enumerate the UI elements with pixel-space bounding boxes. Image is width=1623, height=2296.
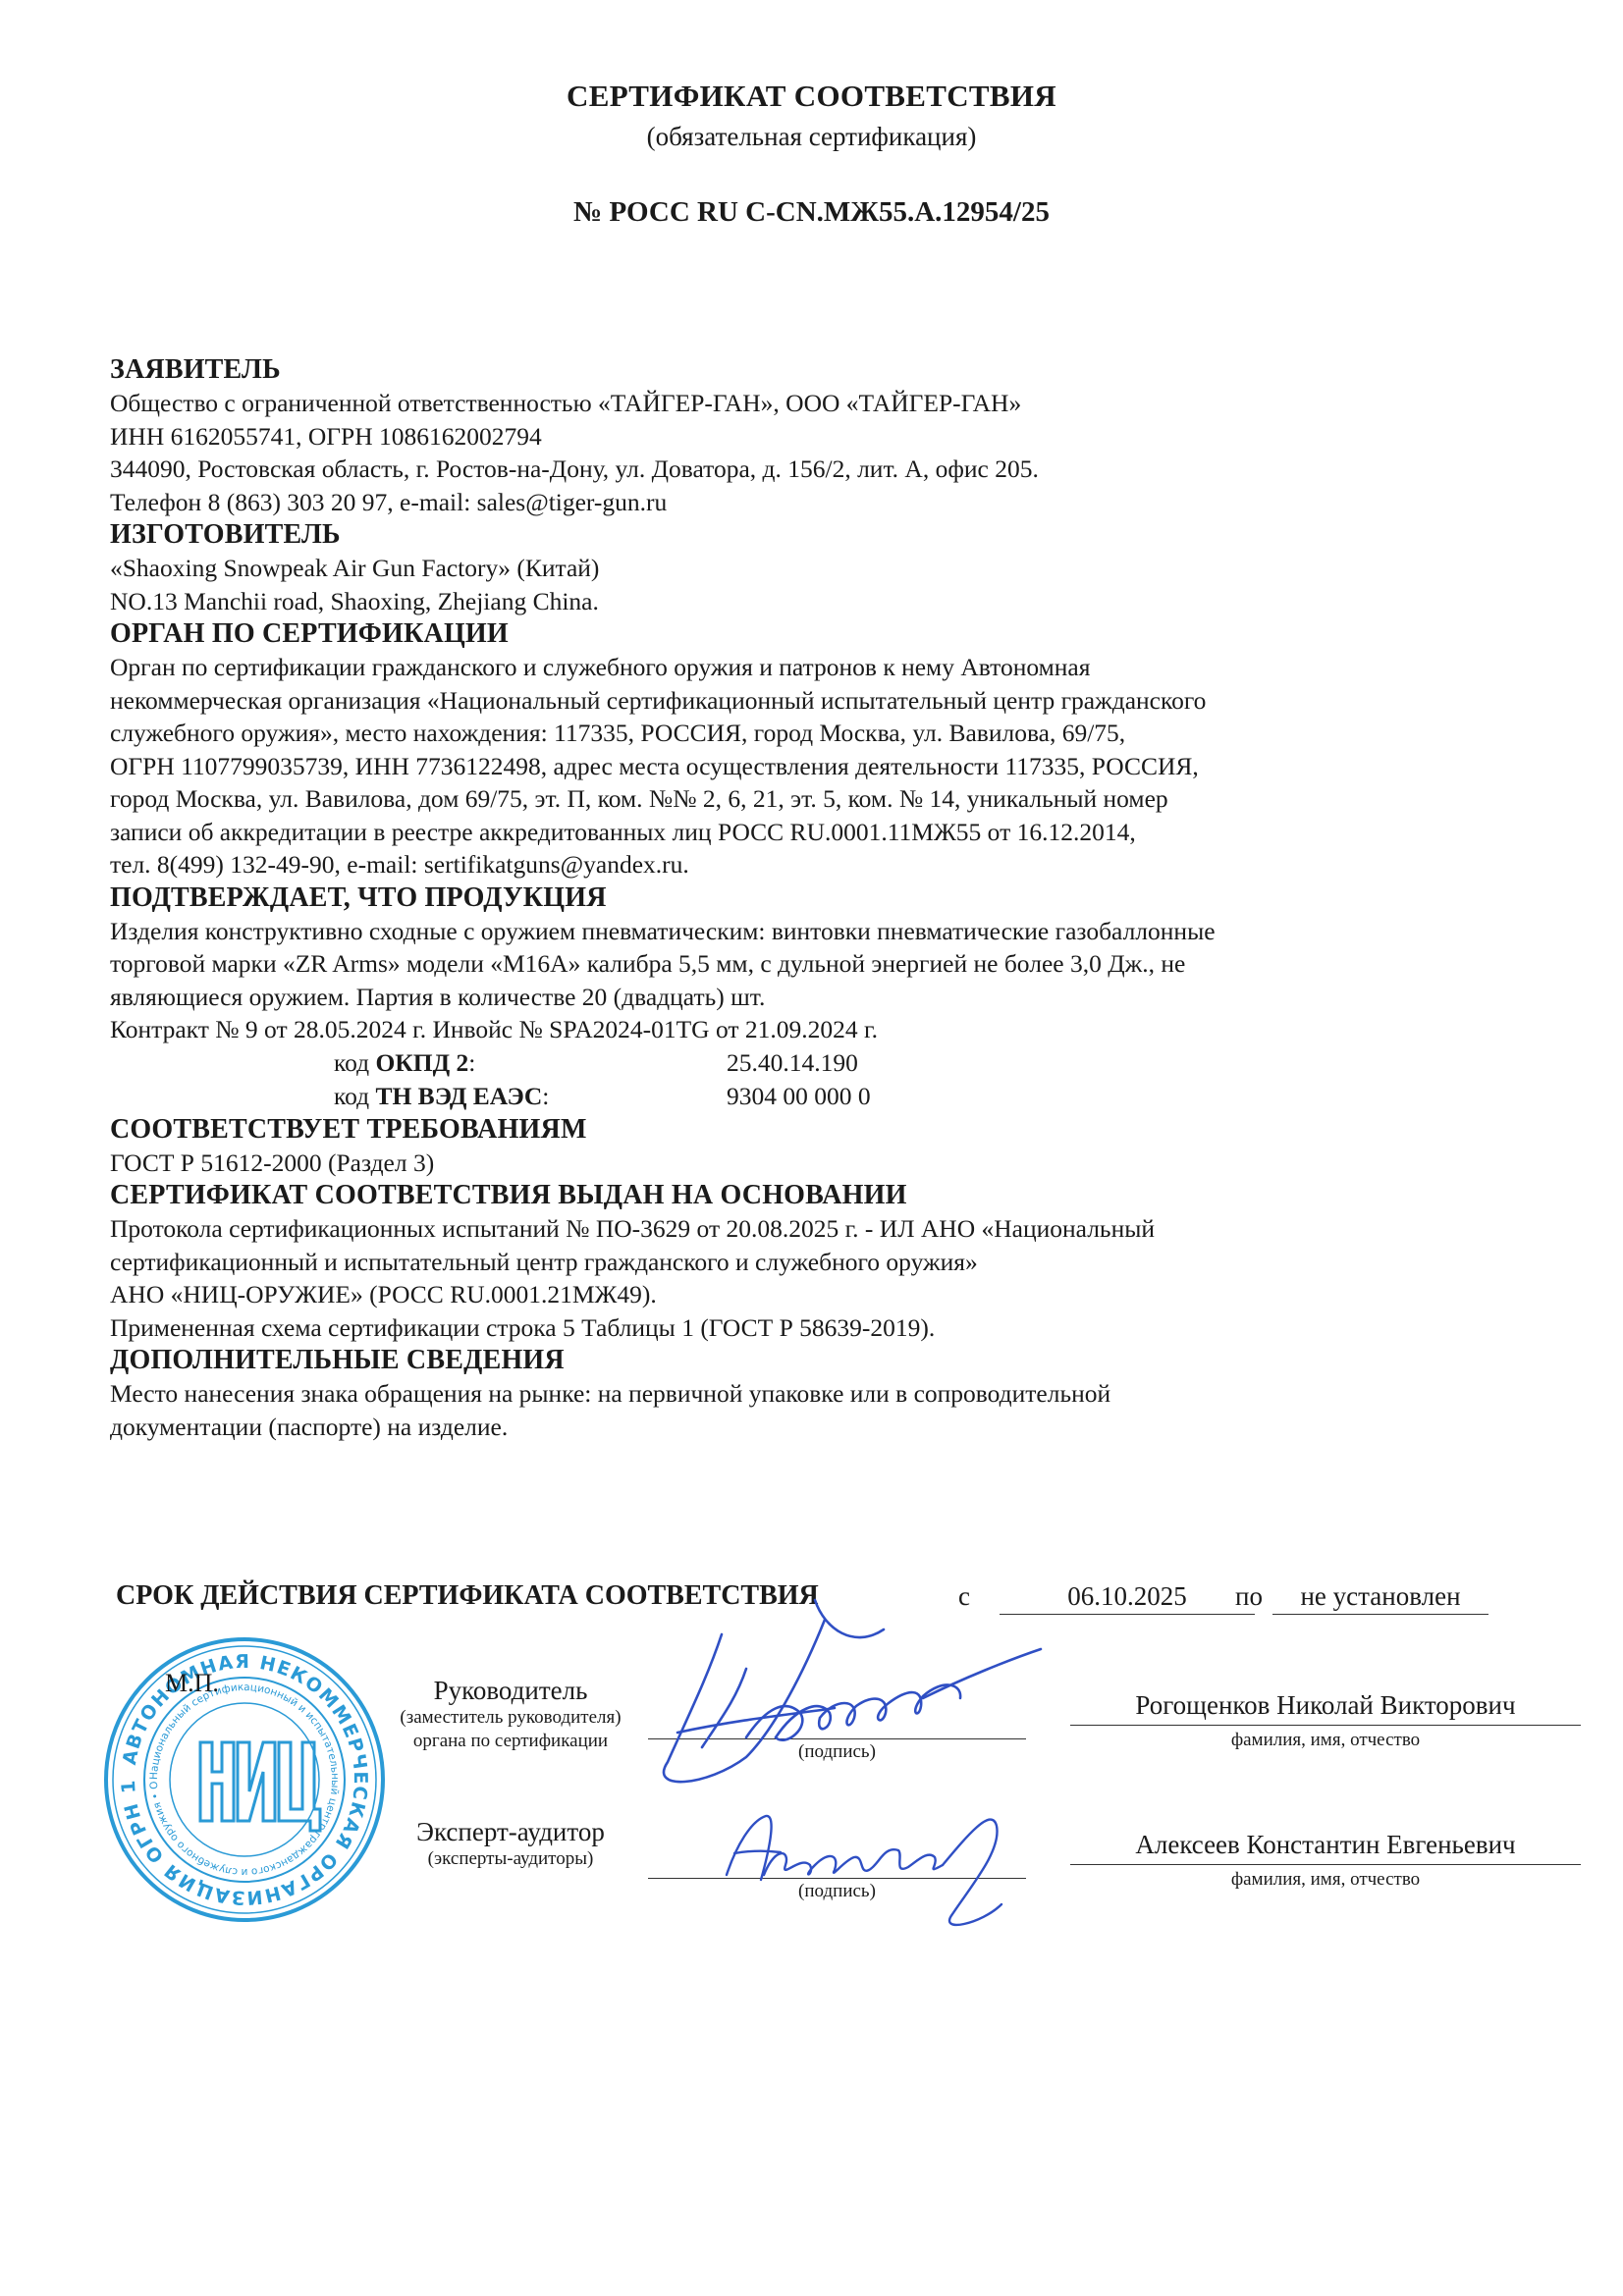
applicant-contacts: Телефон 8 (863) 303 20 97, e-mail: sales… <box>110 486 1563 519</box>
section-certification-body: ОРГАН ПО СЕРТИФИКАЦИИ Орган по сертифика… <box>110 617 1563 881</box>
signatory-role-head: Руководитель (заместитель руководителя) … <box>373 1675 648 1753</box>
role-subtitle: (эксперты-аудиторы) <box>383 1847 638 1871</box>
basis-text-line: АНО «НИЦ-ОРУЖИЕ» (РОСС RU.0001.21МЖ49). <box>110 1278 1563 1311</box>
additional-text-line: документации (паспорте) на изделие. <box>110 1411 1563 1444</box>
basis-scheme-line: Примененная схема сертификации строка 5 … <box>110 1311 1563 1345</box>
section-heading: СЕРТИФИКАТ СООТВЕТСТВИЯ ВЫДАН НА ОСНОВАН… <box>110 1179 1563 1212</box>
certificate-page: СЕРТИФИКАТ СООТВЕТСТВИЯ (обязательная се… <box>0 0 1623 2296</box>
body-text-line: тел. 8(499) 132-49-90, e-mail: sertifika… <box>110 848 1563 881</box>
role-title: Эксперт-аудитор <box>383 1816 638 1847</box>
code-label: код ТН ВЭД ЕАЭС: <box>334 1080 549 1113</box>
code-okpd2-value: 25.40.14.190 <box>727 1046 858 1080</box>
signatory-name-expert: Алексеев Константин Евгеньевич <box>1070 1830 1581 1860</box>
name-line <box>1070 1725 1581 1726</box>
certificate-body: ЗАЯВИТЕЛЬ Общество с ограниченной ответс… <box>110 353 1563 1443</box>
section-applicant: ЗАЯВИТЕЛЬ Общество с ограниченной ответс… <box>110 353 1563 518</box>
code-okpd2-row: код ОКПД 2: 25.40.14.190 <box>110 1046 1563 1080</box>
certificate-number: № РОСС RU С-CN.МЖ55.А.12954/25 <box>0 196 1623 229</box>
document-subtitle: (обязательная сертификация) <box>0 122 1623 152</box>
product-text-line: являющиеся оружием. Партия в количестве … <box>110 981 1563 1014</box>
code-tnved-row: код ТН ВЭД ЕАЭС: 9304 00 000 0 <box>110 1080 1563 1113</box>
role-title: Руководитель <box>373 1675 648 1706</box>
basis-text-line: сертификационный и испытательный центр г… <box>110 1246 1563 1279</box>
section-heading: ОРГАН ПО СЕРТИФИКАЦИИ <box>110 617 1563 651</box>
signatory-name-head: Рогощенков Николай Викторович <box>1070 1690 1581 1721</box>
section-basis: СЕРТИФИКАТ СООТВЕТСТВИЯ ВЫДАН НА ОСНОВАН… <box>110 1179 1563 1344</box>
signature-head-icon <box>628 1590 1139 1796</box>
signatory-role-expert: Эксперт-аудитор (эксперты-аудиторы) <box>383 1816 638 1871</box>
code-label: код ОКПД 2: <box>334 1046 475 1080</box>
body-text-line: записи об аккредитации в реестре аккреди… <box>110 816 1563 849</box>
product-text-line: Изделия конструктивно сходные с оружием … <box>110 915 1563 948</box>
section-product: ПОДТВЕРЖДАЕТ, ЧТО ПРОДУКЦИЯ Изделия конс… <box>110 881 1563 1113</box>
seal-placeholder-label: М.П. <box>165 1669 219 1698</box>
applicant-name: Общество с ограниченной ответственностью… <box>110 387 1563 420</box>
section-heading: ИЗГОТОВИТЕЛЬ <box>110 518 1563 552</box>
validity-to-date: не установлен <box>1272 1578 1488 1615</box>
manufacturer-name: «Shaoxing Snowpeak Air Gun Factory» (Кит… <box>110 552 1563 585</box>
official-seal-icon: АВТОНОМНАЯ НЕКОММЕРЧЕСКАЯ ОРГАНИЗАЦИЯ ОГ… <box>102 1634 387 1924</box>
document-title: СЕРТИФИКАТ СООТВЕТСТВИЯ <box>0 79 1623 114</box>
requirements-standard: ГОСТ Р 51612-2000 (Раздел 3) <box>110 1147 1563 1180</box>
section-heading: ПОДТВЕРЖДАЕТ, ЧТО ПРОДУКЦИЯ <box>110 881 1563 915</box>
validity-to-label: по <box>1235 1578 1263 1614</box>
body-text-line: ОГРН 1107799035739, ИНН 7736122498, адре… <box>110 750 1563 783</box>
name-caption: фамилия, имя, отчество <box>1070 1730 1581 1751</box>
role-subtitle: (заместитель руководителя) <box>373 1706 648 1730</box>
body-text-line: город Москва, ул. Вавилова, дом 69/75, э… <box>110 782 1563 816</box>
role-subtitle: органа по сертификации <box>373 1730 648 1753</box>
section-heading: СООТВЕТСТВУЕТ ТРЕБОВАНИЯМ <box>110 1113 1563 1147</box>
product-text-line: торговой марки «ZR Arms» модели «M16A» к… <box>110 947 1563 981</box>
section-manufacturer: ИЗГОТОВИТЕЛЬ «Shaoxing Snowpeak Air Gun … <box>110 518 1563 617</box>
applicant-address: 344090, Ростовская область, г. Ростов-на… <box>110 453 1563 486</box>
manufacturer-address: NO.13 Manchii road, Shaoxing, Zhejiang C… <box>110 585 1563 618</box>
applicant-ids: ИНН 6162055741, ОГРН 1086162002794 <box>110 420 1563 454</box>
body-text-line: Орган по сертификации гражданского и слу… <box>110 651 1563 684</box>
section-requirements: СООТВЕТСТВУЕТ ТРЕБОВАНИЯМ ГОСТ Р 51612-2… <box>110 1113 1563 1180</box>
body-text-line: некоммерческая организация «Национальный… <box>110 684 1563 718</box>
additional-text-line: Место нанесения знака обращения на рынке… <box>110 1377 1563 1411</box>
signature-expert-icon <box>707 1796 1031 1934</box>
code-tnved-value: 9304 00 000 0 <box>727 1080 871 1113</box>
section-heading: ЗАЯВИТЕЛЬ <box>110 353 1563 387</box>
basis-text-line: Протокола сертификационных испытаний № П… <box>110 1212 1563 1246</box>
section-additional-info: ДОПОЛНИТЕЛЬНЫЕ СВЕДЕНИЯ Место нанесения … <box>110 1344 1563 1443</box>
section-heading: ДОПОЛНИТЕЛЬНЫЕ СВЕДЕНИЯ <box>110 1344 1563 1377</box>
name-line <box>1070 1864 1581 1865</box>
name-caption: фамилия, имя, отчество <box>1070 1869 1581 1891</box>
product-contract-line: Контракт № 9 от 28.05.2024 г. Инвойс № S… <box>110 1013 1563 1046</box>
body-text-line: служебного оружия», место нахождения: 11… <box>110 717 1563 750</box>
